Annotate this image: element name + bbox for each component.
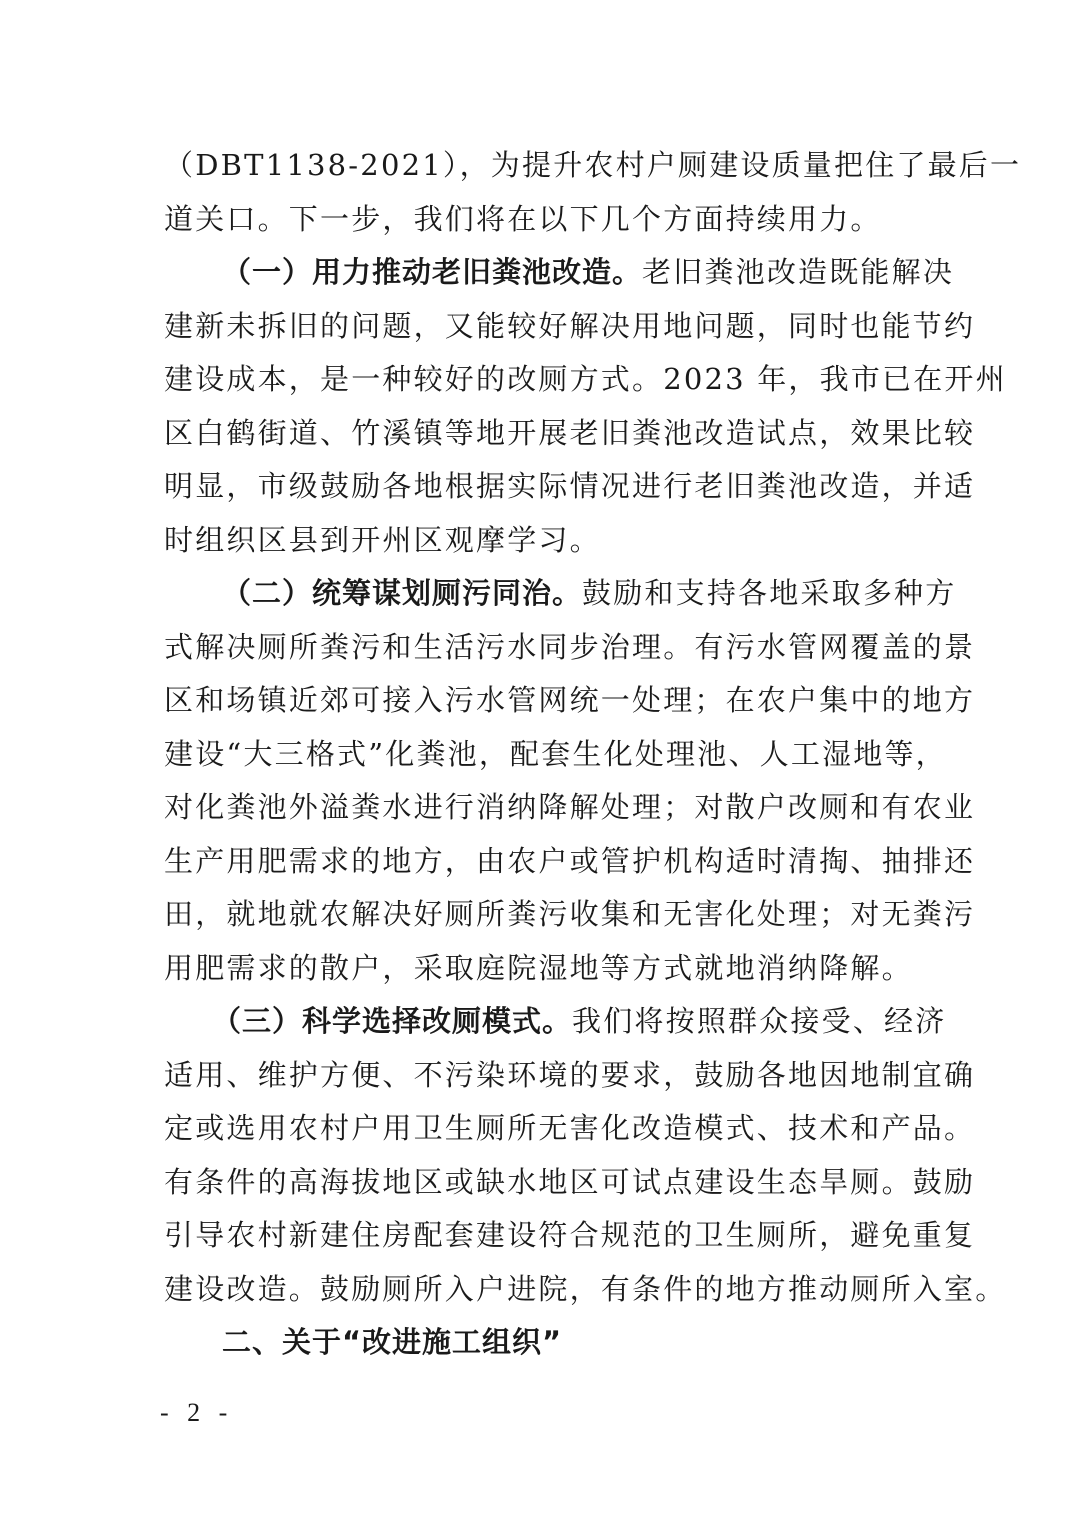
section-2-first-line: （二）统筹谋划厕污同治。鼓励和支持各地采取多种方 xyxy=(222,573,924,613)
section-2-heading: （二）统筹谋划厕污同治。 xyxy=(222,576,582,610)
body-line: 式解决厕所粪污和生活污水同步治理。有污水管网覆盖的景 xyxy=(164,627,924,667)
body-line: 时组织区县到开州区观摩学习。 xyxy=(164,520,924,560)
section-3-heading: （三）科学选择改厕模式。 xyxy=(212,1004,572,1038)
document-page: （DBT1138-2021），为提升农村户厕建设质量把住了最后一 道关口。下一步… xyxy=(0,0,1074,1520)
body-line: （DBT1138-2021），为提升农村户厕建设质量把住了最后一 xyxy=(164,145,924,185)
section-1-first-line-text: 老旧粪池改造既能解决 xyxy=(642,255,954,289)
body-line: 建设成本，是一种较好的改厕方式。2023 年，我市已在开州 xyxy=(164,359,924,399)
body-line: 建新未拆旧的问题，又能较好解决用地问题，同时也能节约 xyxy=(164,306,924,346)
body-line: 生产用肥需求的地方，由农户或管护机构适时清掏、抽排还 xyxy=(164,841,924,881)
body-line: 有条件的高海拔地区或缺水地区可试点建设生态旱厕。鼓励 xyxy=(164,1162,924,1202)
body-line: 建设改造。鼓励厕所入户进院，有条件的地方推动厕所入室。 xyxy=(164,1269,924,1309)
body-line: 道关口。下一步，我们将在以下几个方面持续用力。 xyxy=(164,199,924,239)
body-line: 引导农村新建住房配套建设符合规范的卫生厕所，避免重复 xyxy=(164,1215,924,1255)
body-line: 田，就地就农解决好厕所粪污收集和无害化处理；对无粪污 xyxy=(164,894,924,934)
section-1-heading: （一）用力推动老旧粪池改造。 xyxy=(222,255,642,289)
body-line: 对化粪池外溢粪水进行消纳降解处理；对散户改厕和有农业 xyxy=(164,787,924,827)
section-1-first-line: （一）用力推动老旧粪池改造。老旧粪池改造既能解决 xyxy=(222,252,924,292)
body-line: 用肥需求的散户，采取庭院湿地等方式就地消纳降解。 xyxy=(164,948,924,988)
next-section-heading: 二、关于“改进施工组织” xyxy=(222,1322,562,1362)
body-line: 建设“大三格式”化粪池，配套生化处理池、人工湿地等， xyxy=(164,734,924,774)
body-line: 区和场镇近郊可接入污水管网统一处理；在农户集中的地方 xyxy=(164,680,924,720)
section-3-first-line-text: 我们将按照群众接受、经济 xyxy=(572,1004,946,1038)
body-line: 区白鹤街道、竹溪镇等地开展老旧粪池改造试点，效果比较 xyxy=(164,413,924,453)
body-line: 定或选用农村户用卫生厕所无害化改造模式、技术和产品。 xyxy=(164,1108,924,1148)
section-2-first-line-text: 鼓励和支持各地采取多种方 xyxy=(582,576,956,610)
section-3-first-line: （三）科学选择改厕模式。我们将按照群众接受、经济 xyxy=(212,1001,924,1041)
page-number: - 2 - xyxy=(160,1398,233,1428)
body-line: 明显，市级鼓励各地根据实际情况进行老旧粪池改造，并适 xyxy=(164,466,924,506)
body-line: 适用、维护方便、不污染环境的要求，鼓励各地因地制宜确 xyxy=(164,1055,924,1095)
